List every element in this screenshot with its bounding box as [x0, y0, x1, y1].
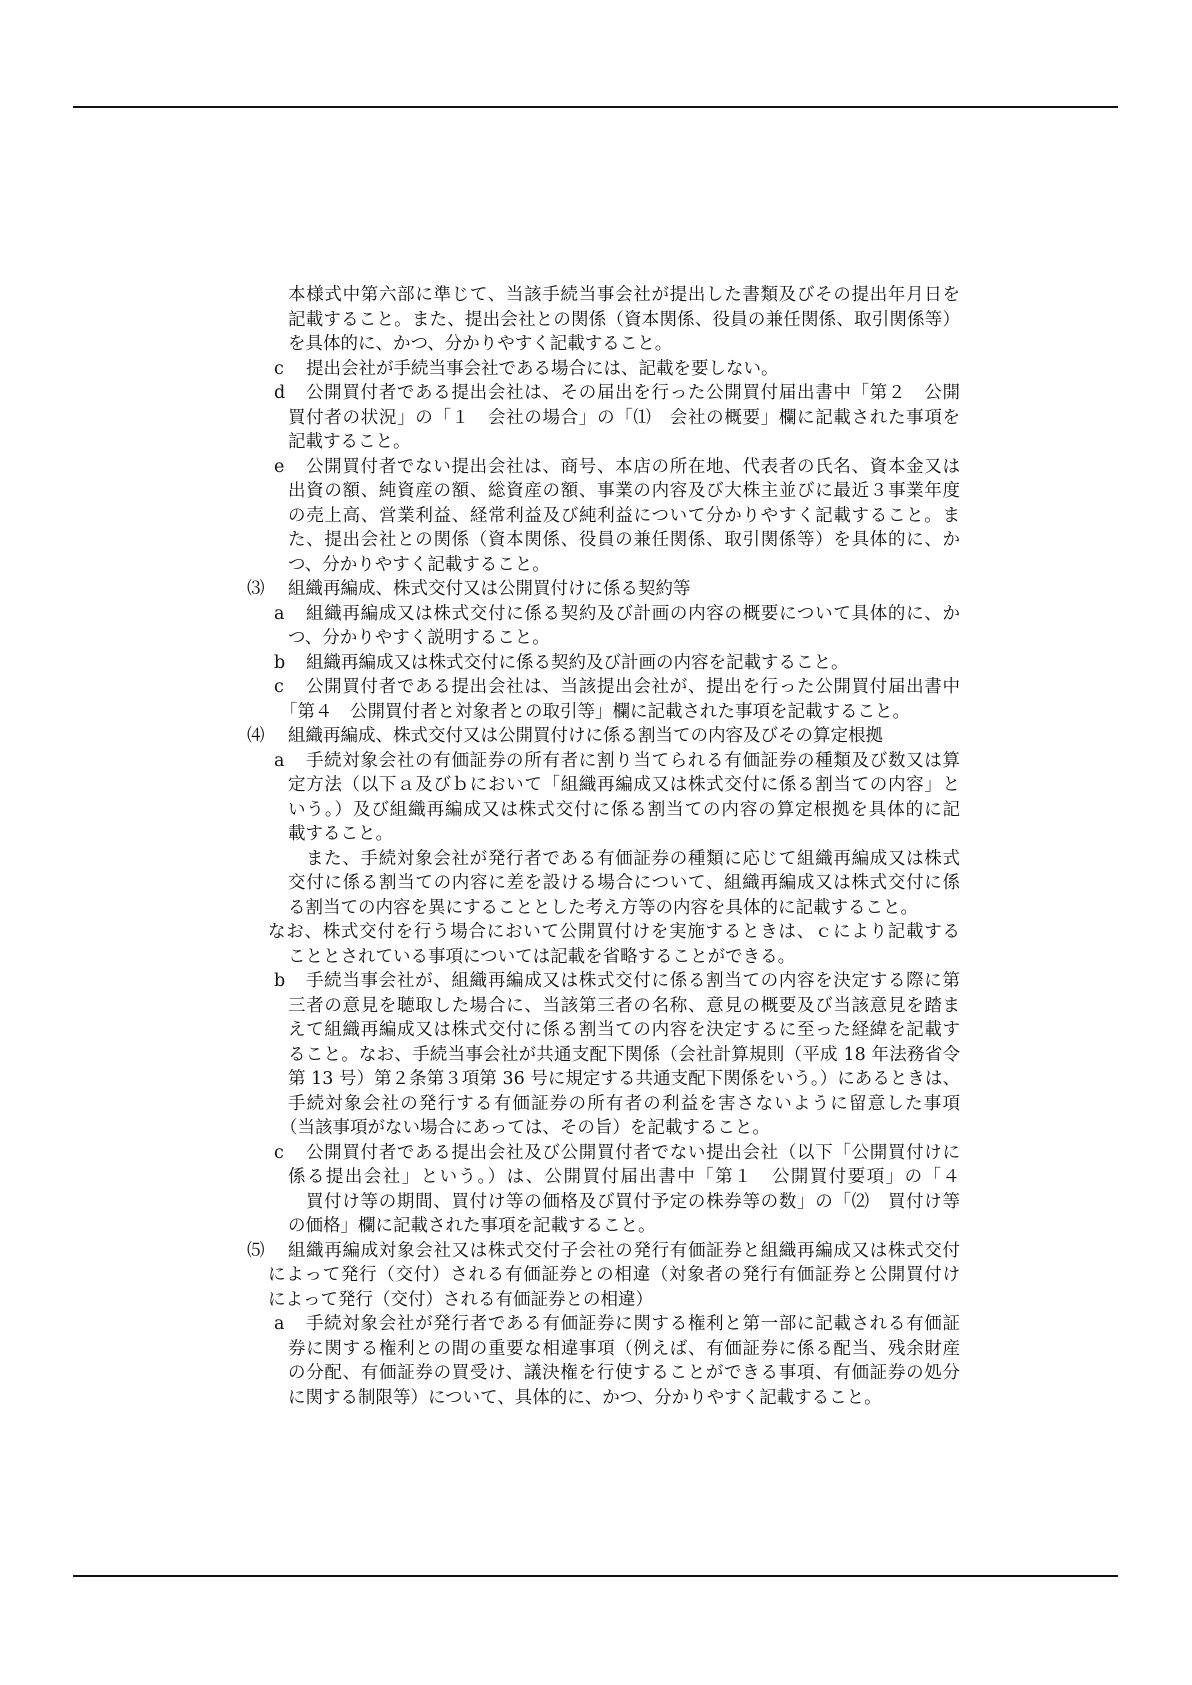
text-line: 買付け等の期間、買付け等の価格及び買付予定の株券等の数」の「⑵ 買付け等: [240, 1190, 980, 1215]
text-line: いう。）及び組織再編成又は株式交付に係る割当ての内容の算定根拠を具体的に記: [240, 798, 980, 823]
text-line: た、提出会社との関係（資本関係、役員の兼任関係、取引関係等）を具体的に、か: [240, 528, 980, 553]
text-line: 載すること。: [240, 822, 980, 847]
line-text: 本様式中第六部に準じて、当該手続当事会社が提出した書類及びその提出年月日を: [288, 283, 960, 308]
line-text: 券に関する権利との間の重要な相違事項（例えば、有価証券に係る配当、残余財産: [288, 1337, 960, 1362]
line-text: 組織再編成、株式交付又は公開買付けに係る割当ての内容及びその算定根拠: [288, 724, 883, 749]
line-text: た、提出会社との関係（資本関係、役員の兼任関係、取引関係等）を具体的に、か: [288, 528, 960, 553]
line-text: 公開買付者である提出会社は、その届出を行った公開買付届出書中「第２ 公開: [306, 381, 960, 406]
line-text: 記載すること。また、提出会社との関係（資本関係、役員の兼任関係、取引関係等）: [288, 308, 960, 333]
line-text: の分配、有価証券の買受け、議決権を行使することができる事項、有価証券の処分: [288, 1361, 960, 1386]
text-line: ⑸組織再編成対象会社又は株式交付子会社の発行有価証券と組織再編成又は株式交付: [240, 1239, 980, 1264]
line-text: 組織再編成又は株式交付に係る契約及び計画の内容を記載すること。: [306, 651, 849, 676]
line-text: の価格」欄に記載された事項を記載すること。: [288, 1214, 656, 1239]
line-text: によって発行（交付）される有価証券との相違）: [268, 1288, 653, 1313]
line-text: 手続当事会社が、組織再編成又は株式交付に係る割当ての内容を決定する際に第: [306, 969, 960, 994]
text-line: 券に関する権利との間の重要な相違事項（例えば、有価証券に係る配当、残余財産: [240, 1337, 980, 1362]
line-text: を具体的に、かつ、分かりやすく記載すること。: [288, 332, 672, 357]
text-line: えて組織再編成又は株式交付に係る割当ての内容を決定するに至った経緯を記載す: [240, 1018, 980, 1043]
text-line: 「第４ 公開買付者と対象者との取引等」欄に記載された事項を記載すること。: [240, 700, 980, 725]
text-line: b組織再編成又は株式交付に係る契約及び計画の内容を記載すること。: [240, 651, 980, 676]
text-line: の価格」欄に記載された事項を記載すること。: [240, 1214, 980, 1239]
text-line: 記載すること。また、提出会社との関係（資本関係、役員の兼任関係、取引関係等）: [240, 308, 980, 333]
text-line: 交付に係る割当ての内容に差を設ける場合について、組織再編成又は株式交付に係: [240, 871, 980, 896]
text-line: 手続対象会社の発行する有価証券の所有者の利益を害さないように留意した事項: [240, 1092, 980, 1117]
text-line: によって発行（交付）される有価証券との相違）: [240, 1288, 980, 1313]
list-marker: c: [274, 357, 284, 382]
text-line: c公開買付者である提出会社及び公開買付者でない提出会社（以下「公開買付けに: [240, 1141, 980, 1166]
line-text: の売上高、営業利益、経常利益及び純利益について分かりやすく記載すること。ま: [288, 504, 960, 529]
text-line: b手続当事会社が、組織再編成又は株式交付に係る割当ての内容を決定する際に第: [240, 969, 980, 994]
list-marker: c: [274, 1141, 284, 1166]
line-text: 交付に係る割当ての内容に差を設ける場合について、組織再編成又は株式交付に係: [288, 871, 960, 896]
list-marker: a: [274, 602, 284, 627]
list-marker: b: [274, 969, 285, 994]
text-line: 係る提出会社」という。）は、公開買付届出書中「第１ 公開買付要項」の「４: [240, 1165, 980, 1190]
line-text: いう。）及び組織再編成又は株式交付に係る割当ての内容の算定根拠を具体的に記: [288, 798, 960, 823]
text-line: 買付者の状況」の「１ 会社の場合」の「⑴ 会社の概要」欄に記載された事項を: [240, 406, 980, 431]
line-text: 手続対象会社の有価証券の所有者に割り当てられる有価証券の種類及び数又は算: [306, 749, 960, 774]
line-text: 載すること。: [288, 822, 393, 847]
text-line: （当該事項がない場合にあっては、その旨）を記載すること。: [240, 1116, 980, 1141]
list-marker: ⑶: [247, 577, 265, 602]
line-text: 定方法（以下ａ及びｂにおいて「組織再編成又は株式交付に係る割当ての内容」と: [288, 773, 960, 798]
line-text: また、手続対象会社が発行者である有価証券の種類に応じて組織再編成又は株式: [306, 847, 960, 872]
text-line: ⑷組織再編成、株式交付又は公開買付けに係る割当ての内容及びその算定根拠: [240, 724, 980, 749]
text-line: によって発行（交付）される有価証券との相違（対象者の発行有価証券と公開買付け: [240, 1263, 980, 1288]
list-marker: d: [274, 381, 285, 406]
header-rule: [73, 106, 1118, 108]
line-text: 公開買付者でない提出会社は、商号、本店の所在地、代表者の氏名、資本金又は: [306, 455, 960, 480]
text-line: a手続対象会社の有価証券の所有者に割り当てられる有価証券の種類及び数又は算: [240, 749, 980, 774]
list-marker: ⑸: [247, 1239, 265, 1264]
text-line: 本様式中第六部に準じて、当該手続当事会社が提出した書類及びその提出年月日を: [240, 283, 980, 308]
line-text: ること。なお、手続当事会社が共通支配下関係（会社計算規則（平成 18 年法務省令: [288, 1043, 960, 1068]
text-line: つ、分かりやすく記載すること。: [240, 553, 980, 578]
line-text: 提出会社が手続当事会社である場合には、記載を要しない。: [306, 357, 779, 382]
text-line: 定方法（以下ａ及びｂにおいて「組織再編成又は株式交付に係る割当ての内容」と: [240, 773, 980, 798]
text-line: なお、株式交付を行う場合において公開買付けを実施するときは、ｃにより記載する: [240, 920, 980, 945]
list-marker: ⑷: [247, 724, 265, 749]
line-text: なお、株式交付を行う場合において公開買付けを実施するときは、ｃにより記載する: [268, 920, 960, 945]
text-line: こととされている事項については記載を省略することができる。: [240, 945, 980, 970]
text-line: 出資の額、純資産の額、総資産の額、事業の内容及び大株主並びに最近３事業年度: [240, 479, 980, 504]
line-text: 公開買付者である提出会社は、当該提出会社が、提出を行った公開買付届出書中: [306, 675, 960, 700]
line-text: 係る提出会社」という。）は、公開買付届出書中「第１ 公開買付要項」の「４: [288, 1165, 960, 1190]
text-line: ること。なお、手続当事会社が共通支配下関係（会社計算規則（平成 18 年法務省令: [240, 1043, 980, 1068]
text-line: また、手続対象会社が発行者である有価証券の種類に応じて組織再編成又は株式: [240, 847, 980, 872]
line-text: 買付者の状況」の「１ 会社の場合」の「⑴ 会社の概要」欄に記載された事項を: [288, 406, 960, 431]
line-text: 手続対象会社の発行する有価証券の所有者の利益を害さないように留意した事項: [288, 1092, 960, 1117]
text-line: ⑶組織再編成、株式交付又は公開買付けに係る契約等: [240, 577, 980, 602]
line-text: 公開買付者である提出会社及び公開買付者でない提出会社（以下「公開買付けに: [306, 1141, 960, 1166]
line-text: 三者の意見を聴取した場合に、当該第三者の名称、意見の概要及び当該意見を踏ま: [288, 994, 960, 1019]
line-text: えて組織再編成又は株式交付に係る割当ての内容を決定するに至った経緯を記載す: [288, 1018, 960, 1043]
text-line: 第 13 号）第２条第３項第 36 号に規定する共通支配下関係をいう。）にあると…: [240, 1067, 980, 1092]
text-line: に関する制限等）について、具体的に、かつ、分かりやすく記載すること。: [240, 1386, 980, 1411]
text-line: d公開買付者である提出会社は、その届出を行った公開買付届出書中「第２ 公開: [240, 381, 980, 406]
text-line: つ、分かりやすく説明すること。: [240, 626, 980, 651]
line-text: つ、分かりやすく説明すること。: [288, 626, 550, 651]
list-marker: e: [274, 455, 284, 480]
list-marker: b: [274, 651, 285, 676]
line-text: る割当ての内容を異にすることとした考え方等の内容を具体的に記載すること。: [288, 896, 918, 921]
text-line: 三者の意見を聴取した場合に、当該第三者の名称、意見の概要及び当該意見を踏ま: [240, 994, 980, 1019]
line-text: 組織再編成又は株式交付に係る契約及び計画の内容の概要について具体的に、か: [306, 602, 960, 627]
document-body: 本様式中第六部に準じて、当該手続当事会社が提出した書類及びその提出年月日を記載す…: [240, 283, 980, 1410]
line-text: 第 13 号）第２条第３項第 36 号に規定する共通支配下関係をいう。）にあると…: [288, 1067, 960, 1092]
line-text: 出資の額、純資産の額、総資産の額、事業の内容及び大株主並びに最近３事業年度: [288, 479, 960, 504]
line-text: 記載すること。: [288, 430, 411, 455]
text-line: を具体的に、かつ、分かりやすく記載すること。: [240, 332, 980, 357]
line-text: 買付け等の期間、買付け等の価格及び買付予定の株券等の数」の「⑵ 買付け等: [306, 1190, 960, 1215]
line-text: つ、分かりやすく記載すること。: [288, 553, 550, 578]
list-marker: a: [274, 1312, 284, 1337]
line-text: 組織再編成対象会社又は株式交付子会社の発行有価証券と組織再編成又は株式交付: [288, 1239, 960, 1264]
text-line: e公開買付者でない提出会社は、商号、本店の所在地、代表者の氏名、資本金又は: [240, 455, 980, 480]
line-text: 手続対象会社が発行者である有価証券に関する権利と第一部に記載される有価証: [306, 1312, 960, 1337]
text-line: る割当ての内容を異にすることとした考え方等の内容を具体的に記載すること。: [240, 896, 980, 921]
text-line: の分配、有価証券の買受け、議決権を行使することができる事項、有価証券の処分: [240, 1361, 980, 1386]
list-marker: a: [274, 749, 284, 774]
line-text: 組織再編成、株式交付又は公開買付けに係る契約等: [288, 577, 691, 602]
line-text: （当該事項がない場合にあっては、その旨）を記載すること。: [280, 1116, 770, 1141]
text-line: a手続対象会社が発行者である有価証券に関する権利と第一部に記載される有価証: [240, 1312, 980, 1337]
list-marker: c: [274, 675, 284, 700]
text-line: 記載すること。: [240, 430, 980, 455]
line-text: 「第４ 公開買付者と対象者との取引等」欄に記載された事項を記載すること。: [280, 700, 910, 725]
text-line: a組織再編成又は株式交付に係る契約及び計画の内容の概要について具体的に、か: [240, 602, 980, 627]
text-line: c公開買付者である提出会社は、当該提出会社が、提出を行った公開買付届出書中: [240, 675, 980, 700]
text-line: の売上高、営業利益、経常利益及び純利益について分かりやすく記載すること。ま: [240, 504, 980, 529]
line-text: によって発行（交付）される有価証券との相違（対象者の発行有価証券と公開買付け: [268, 1263, 960, 1288]
text-line: c提出会社が手続当事会社である場合には、記載を要しない。: [240, 357, 980, 382]
footer-rule: [73, 1575, 1118, 1577]
line-text: に関する制限等）について、具体的に、かつ、分かりやすく記載すること。: [288, 1386, 882, 1411]
line-text: こととされている事項については記載を省略することができる。: [288, 945, 795, 970]
